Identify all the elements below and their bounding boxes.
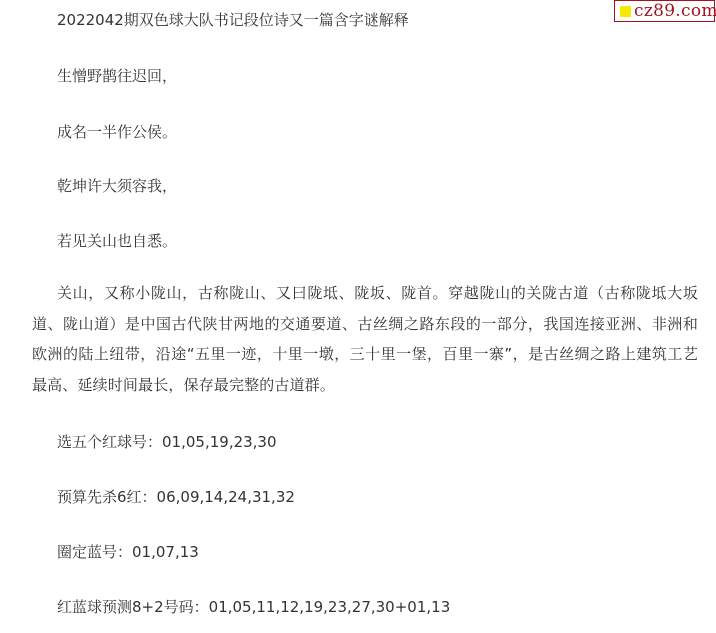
prediction-value: 06,09,14,24,31,32	[157, 488, 295, 506]
prediction-red-five: 选五个红球号：01,05,19,23,30	[57, 432, 277, 452]
watermark-logo: cz89.com	[614, 0, 715, 22]
article-title: 2022042期双色球大队书记段位诗又一篇含字谜解释	[57, 10, 409, 30]
watermark-text: cz89.com	[634, 1, 716, 21]
poem-line-1: 生憎野鹊往迟回，	[57, 66, 177, 86]
yellow-square-icon	[620, 6, 631, 17]
prediction-value: 01,07,13	[132, 543, 199, 561]
poem-line-3: 乾坤许大须容我，	[57, 176, 177, 196]
prediction-kill-six-red: 预算先杀6红：06,09,14,24,31,32	[57, 487, 295, 507]
prediction-eight-plus-two: 红蓝球预测8+2号码：01,05,11,12,19,23,27,30+01,13	[57, 597, 450, 617]
prediction-label: 圈定蓝号：	[57, 543, 132, 561]
poem-line-2: 成名一半作公侯。	[57, 122, 177, 142]
prediction-label: 红蓝球预测8+2号码：	[57, 598, 209, 616]
prediction-blue: 圈定蓝号：01,07,13	[57, 542, 199, 562]
poem-line-4: 若见关山也自悉。	[57, 231, 177, 251]
prediction-label: 预算先杀6红：	[57, 488, 157, 506]
prediction-value: 01,05,11,12,19,23,27,30+01,13	[209, 598, 451, 616]
prediction-label: 选五个红球号：	[57, 433, 162, 451]
explanation-paragraph: 关山，又称小陇山，古称陇山、又曰陇坻、陇坂、陇首。穿越陇山的关陇古道（古称陇坻大…	[32, 278, 698, 400]
prediction-value: 01,05,19,23,30	[162, 433, 277, 451]
